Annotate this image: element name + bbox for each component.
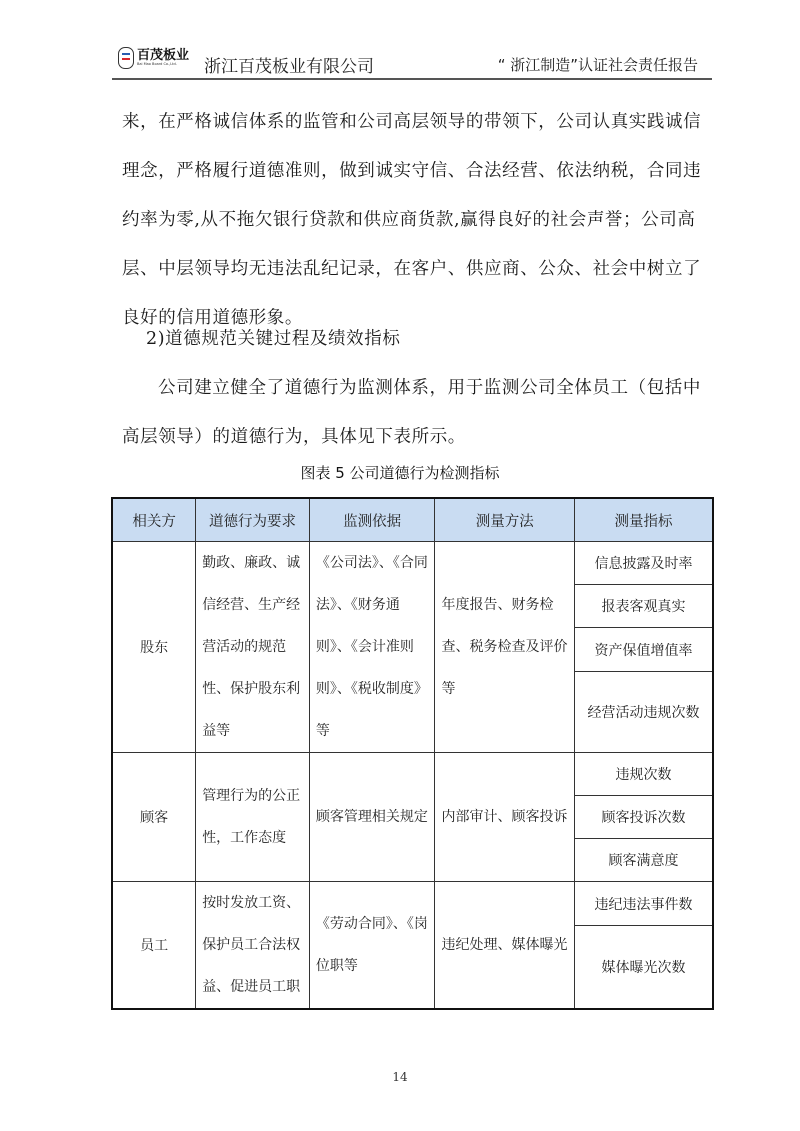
requirement-cell: 勤政、廉政、诚信经营、生产经营活动的规范性、保护股东利益等 <box>196 542 310 753</box>
logo-name-en: Bai Mao Board Co.,Ltd. <box>137 63 189 67</box>
company-logo-icon <box>118 47 134 69</box>
report-title: “ 浙江制造”认证社会责任报告 <box>498 54 698 75</box>
basis-cell: 《公司法》、《合同法》、《财务通则》、《会计准则则》、《税收制度》等 <box>309 542 435 753</box>
metric-cell: 违纪违法事件数 <box>575 882 713 926</box>
metric-cell: 顾客满意度 <box>575 839 713 882</box>
section-heading: 2)道德规范关键过程及绩效指标 <box>146 315 736 364</box>
basis-cell: 《劳动合同》、《岗位职等 <box>309 882 435 1010</box>
metric-cell: 报表客观真实 <box>575 585 713 628</box>
column-header: 监测依据 <box>309 498 435 542</box>
column-header: 测量方法 <box>435 498 575 542</box>
metric-cell: 媒体曝光次数 <box>575 926 713 1009</box>
column-header: 相关方 <box>112 498 196 542</box>
party-cell: 股东 <box>112 542 196 753</box>
ethics-metrics-table: 相关方 道德行为要求 监测依据 测量方法 测量指标 股东 勤政、廉政、诚信经营、… <box>111 497 714 1010</box>
party-cell: 顾客 <box>112 753 196 882</box>
paragraph-monitoring: 公司建立健全了道德行为监测体系，用于监测公司全体员工（包括中高层领导）的道德行为… <box>122 364 712 462</box>
page-number: 14 <box>0 1070 800 1084</box>
metric-cell: 信息披露及时率 <box>575 542 713 585</box>
table-header-row: 相关方 道德行为要求 监测依据 测量方法 测量指标 <box>112 498 713 542</box>
paragraph-integrity: 来，在严格诚信体系的监管和公司高层领导的带领下，公司认真实践诚信理念，严格履行道… <box>122 98 712 343</box>
metric-cell: 经营活动违规次数 <box>575 671 713 752</box>
basis-cell: 顾客管理相关规定 <box>309 753 435 882</box>
metric-cell: 顾客投诉次数 <box>575 796 713 839</box>
metric-cell: 违规次数 <box>575 753 713 796</box>
table-caption: 图表 5 公司道德行为检测指标 <box>0 462 800 483</box>
table-row: 股东 勤政、廉政、诚信经营、生产经营活动的规范性、保护股东利益等 《公司法》、《… <box>112 542 713 585</box>
method-cell: 年度报告、财务检查、税务检查及评价等 <box>435 542 575 753</box>
page-header: 百茂板业 Bai Mao Board Co.,Ltd. 浙江百茂板业有限公司 “… <box>112 44 712 80</box>
requirement-cell: 按时发放工资、保护员工合法权益、促进员工职 <box>196 882 310 1010</box>
column-header: 道德行为要求 <box>196 498 310 542</box>
logo-name-cn: 百茂板业 <box>137 49 189 62</box>
table-row: 员工 按时发放工资、保护员工合法权益、促进员工职 《劳动合同》、《岗位职等 违纪… <box>112 882 713 926</box>
column-header: 测量指标 <box>575 498 713 542</box>
party-cell: 员工 <box>112 882 196 1010</box>
metric-cell: 资产保值增值率 <box>575 628 713 671</box>
company-name: 浙江百茂板业有限公司 <box>204 52 374 77</box>
method-cell: 违纪处理、媒体曝光 <box>435 882 575 1010</box>
table-row: 顾客 管理行为的公正性，工作态度 顾客管理相关规定 内部审计、顾客投诉 违规次数 <box>112 753 713 796</box>
requirement-cell: 管理行为的公正性，工作态度 <box>196 753 310 882</box>
company-logo: 百茂板业 Bai Mao Board Co.,Ltd. <box>118 47 189 69</box>
method-cell: 内部审计、顾客投诉 <box>435 753 575 882</box>
